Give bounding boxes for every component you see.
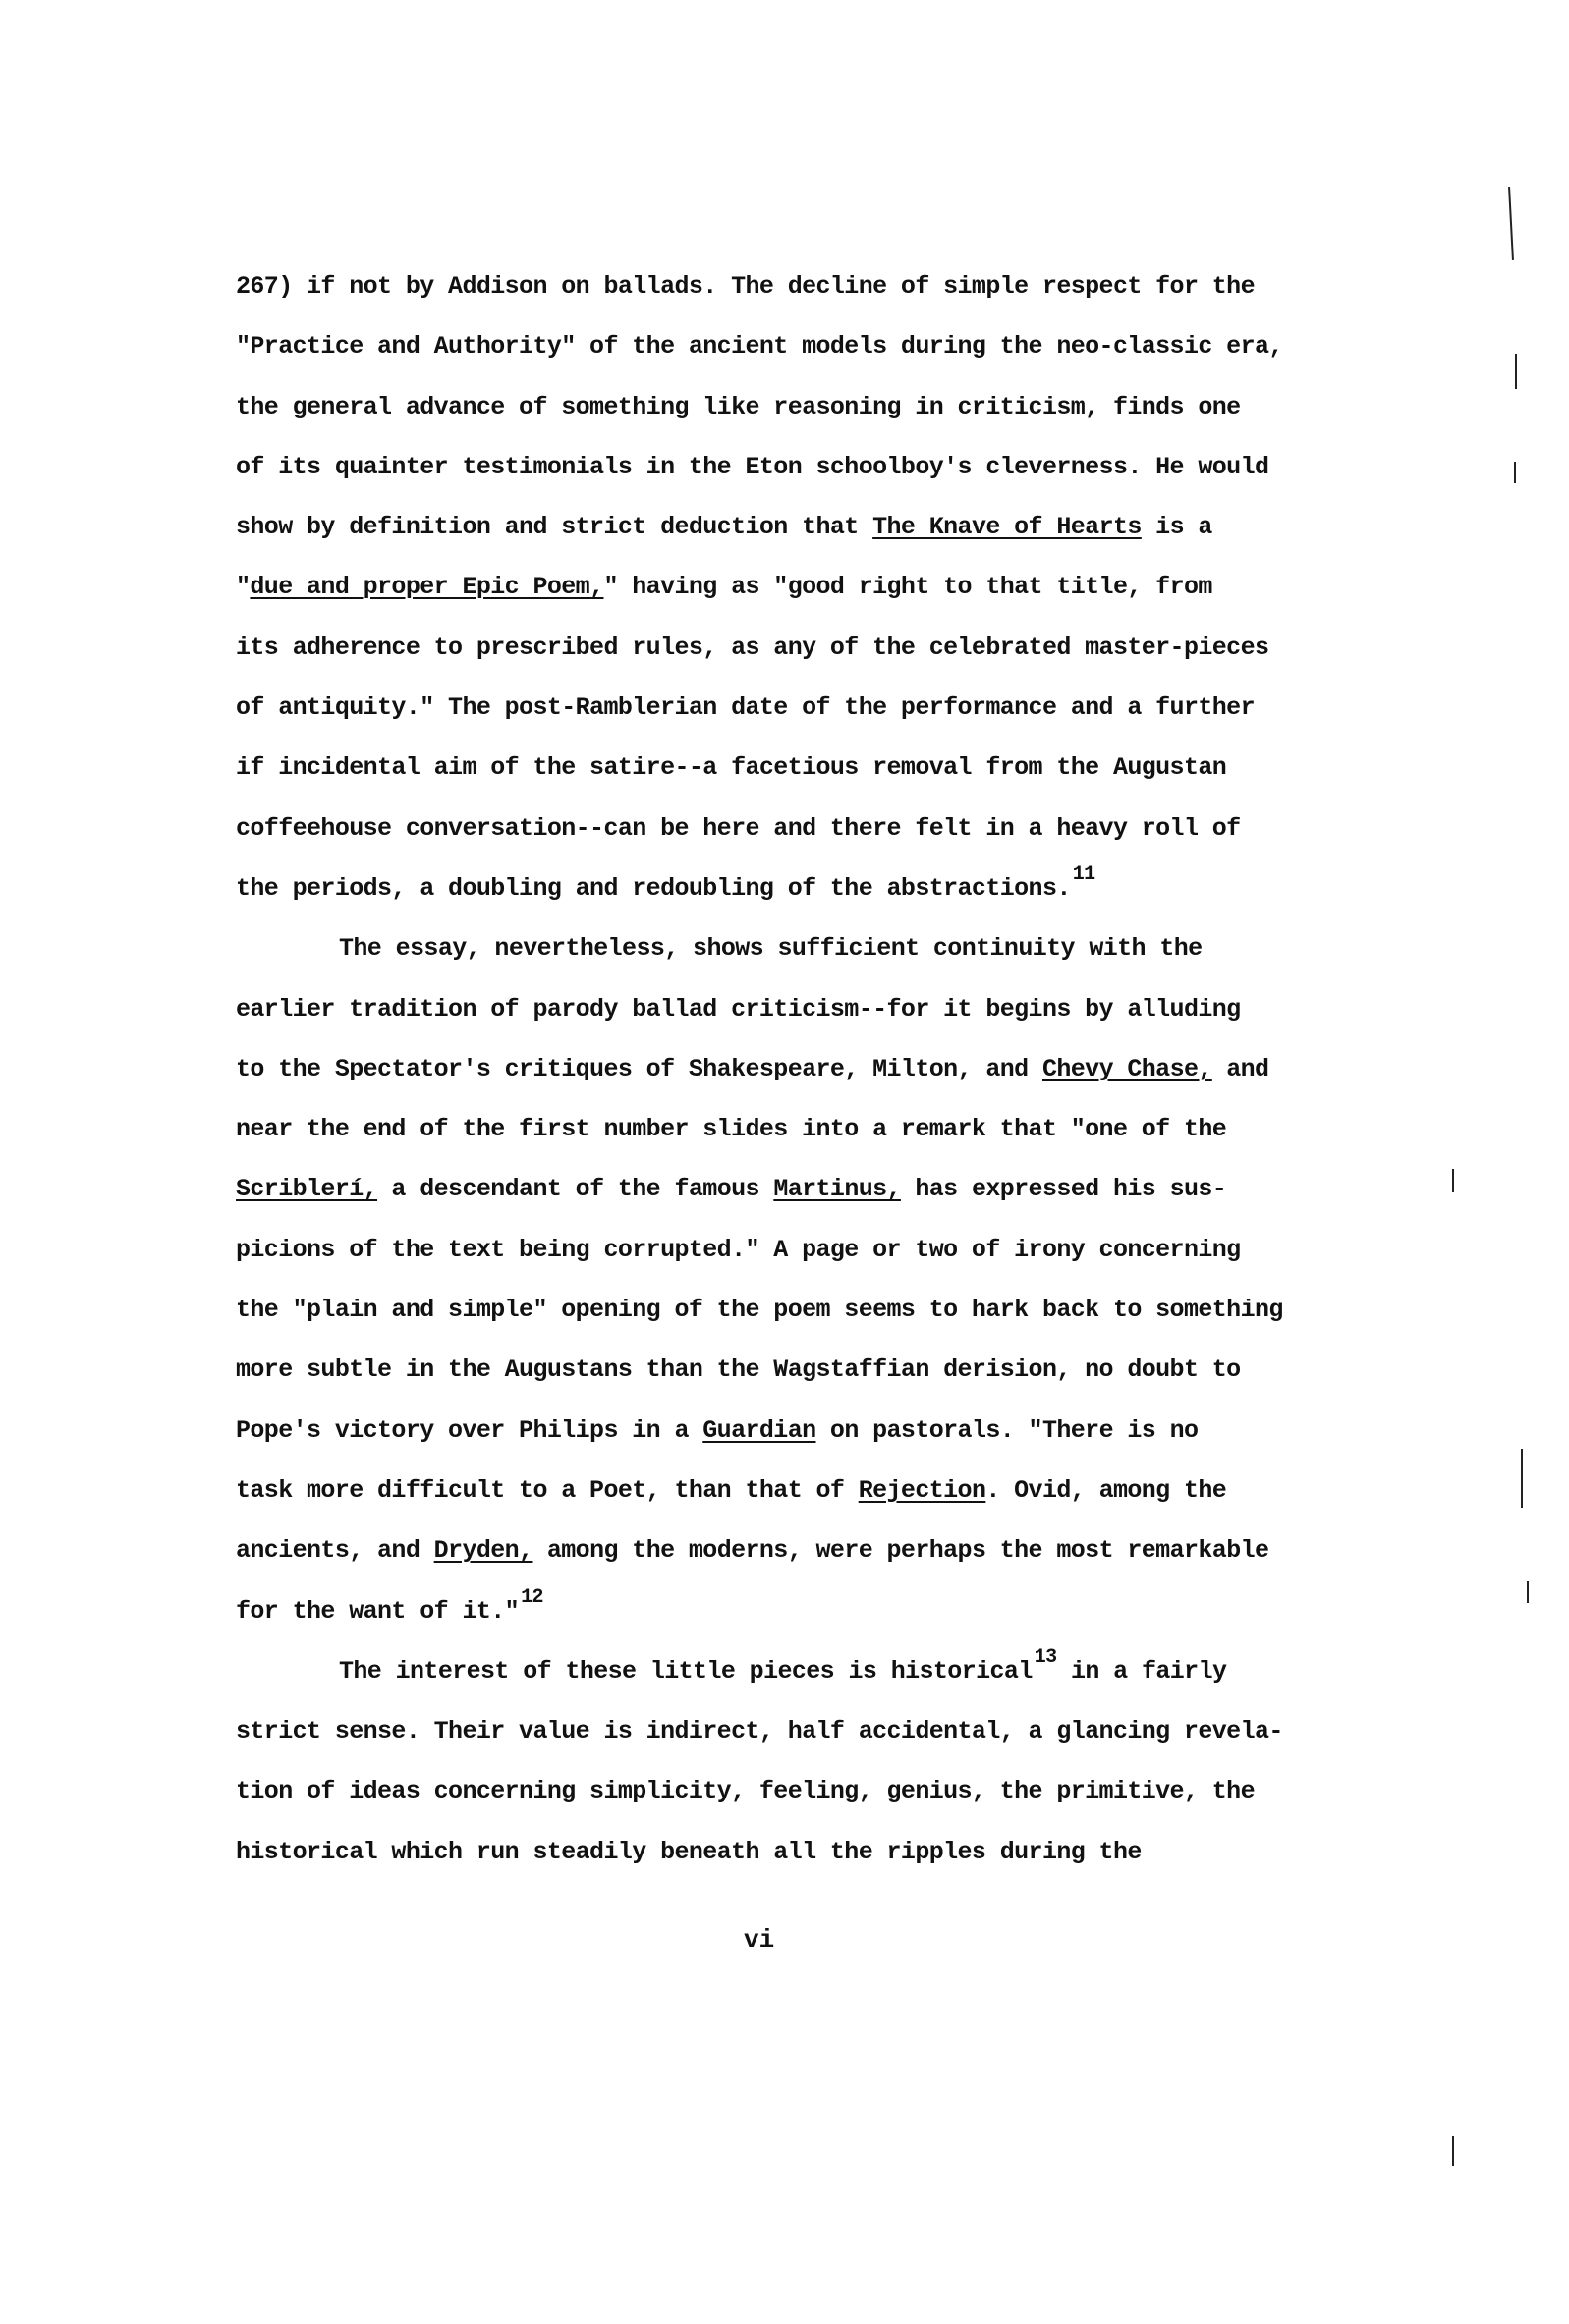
text-line: picions of the text being corrupted." A … (236, 1231, 1346, 1291)
text-segment: to the Spectator's critiques of Shakespe… (236, 1055, 1042, 1083)
text-line: "due and proper Epic Poem," having as "g… (236, 568, 1346, 628)
underlined-title: Dryden, (434, 1536, 533, 1565)
text-segment: 267) if not by Addison on ballads. The d… (236, 272, 1255, 301)
text-line: coffeehouse conversation--can be here an… (236, 809, 1346, 869)
text-segment: The essay, nevertheless, shows sufficien… (339, 934, 1203, 963)
text-segment: tion of ideas concerning simplicity, fee… (236, 1777, 1255, 1805)
text-segment: on pastorals. "There is no (816, 1416, 1199, 1445)
text-line: The interest of these little pieces is h… (236, 1652, 1346, 1712)
margin-scan-mark (1527, 1581, 1529, 1603)
margin-scan-mark (1515, 354, 1517, 389)
text-line: Scriblerí, a descendant of the famous Ma… (236, 1170, 1346, 1230)
text-segment: ancients, and (236, 1536, 434, 1565)
text-segment: The interest of these little pieces is h… (339, 1657, 1033, 1686)
text-segment: of antiquity." The post-Ramblerian date … (236, 693, 1255, 722)
text-segment: among the moderns, were perhaps the most… (532, 1536, 1268, 1565)
text-segment: near the end of the first number slides … (236, 1115, 1226, 1143)
text-line: the general advance of something like re… (236, 388, 1346, 448)
page-number: vi (744, 1925, 774, 1955)
text-line: more subtle in the Augustans than the Wa… (236, 1351, 1346, 1411)
text-line: historical which run steadily beneath al… (236, 1833, 1346, 1893)
text-line: show by definition and strict deduction … (236, 508, 1346, 568)
body-text: 267) if not by Addison on ballads. The d… (236, 267, 1346, 1893)
underlined-title: The Knave of Hearts (872, 513, 1142, 541)
underlined-title: due and proper Epic Poem, (250, 573, 603, 601)
margin-scan-mark (1508, 187, 1514, 260)
text-line: the periods, a doubling and redoubling o… (236, 869, 1346, 929)
text-segment: the periods, a doubling and redoubling o… (236, 874, 1071, 903)
text-line: tion of ideas concerning simplicity, fee… (236, 1772, 1346, 1832)
text-segment: its adherence to prescribed rules, as an… (236, 634, 1268, 662)
underlined-title: Martinus, (773, 1175, 901, 1203)
text-segment: historical which run steadily beneath al… (236, 1838, 1142, 1866)
text-segment: the general advance of something like re… (236, 393, 1241, 421)
text-segment: is a (1142, 513, 1212, 541)
text-segment: has expressed his sus- (901, 1175, 1226, 1203)
underlined-title: Scriblerí, (236, 1175, 377, 1203)
text-segment: task more difficult to a Poet, than that… (236, 1476, 859, 1505)
underlined-title: Chevy Chase, (1042, 1055, 1212, 1083)
text-line: 267) if not by Addison on ballads. The d… (236, 267, 1346, 327)
text-line: to the Spectator's critiques of Shakespe… (236, 1050, 1346, 1110)
text-segment: strict sense. Their value is indirect, h… (236, 1717, 1283, 1745)
text-segment: earlier tradition of parody ballad criti… (236, 995, 1241, 1024)
text-segment: " (236, 573, 250, 601)
margin-scan-mark (1521, 1449, 1523, 1508)
text-segment: more subtle in the Augustans than the Wa… (236, 1356, 1241, 1384)
footnote-marker: 13 (1035, 1646, 1057, 1669)
text-segment: the "plain and simple" opening of the po… (236, 1296, 1283, 1324)
text-segment: for the want of it." (236, 1597, 519, 1626)
text-line: earlier tradition of parody ballad criti… (236, 990, 1346, 1050)
text-segment: coffeehouse conversation--can be here an… (236, 814, 1241, 843)
footnote-marker: 11 (1073, 863, 1095, 886)
text-segment: Pope's victory over Philips in a (236, 1416, 702, 1445)
text-segment: of its quainter testimonials in the Eton… (236, 453, 1268, 481)
text-line: "Practice and Authority" of the ancient … (236, 327, 1346, 387)
text-segment: and (1212, 1055, 1269, 1083)
text-line: its adherence to prescribed rules, as an… (236, 629, 1346, 689)
text-segment: picions of the text being corrupted." A … (236, 1236, 1241, 1264)
text-segment: "Practice and Authority" of the ancient … (236, 332, 1283, 360)
margin-scan-mark (1452, 1169, 1454, 1192)
text-segment: a descendant of the famous (377, 1175, 773, 1203)
underlined-title: Guardian (702, 1416, 815, 1445)
text-line: near the end of the first number slides … (236, 1110, 1346, 1170)
text-segment: show by definition and strict deduction … (236, 513, 872, 541)
text-line: if incidental aim of the satire--a facet… (236, 748, 1346, 808)
text-segment: if incidental aim of the satire--a facet… (236, 753, 1226, 782)
text-line: of its quainter testimonials in the Eton… (236, 448, 1346, 508)
text-segment: " having as "good right to that title, f… (603, 573, 1211, 601)
text-segment: in a fairly (1057, 1657, 1227, 1686)
text-line: The essay, nevertheless, shows sufficien… (236, 929, 1346, 989)
text-segment: . Ovid, among the (985, 1476, 1226, 1505)
text-line: the "plain and simple" opening of the po… (236, 1291, 1346, 1351)
footnote-marker: 12 (521, 1586, 543, 1609)
text-line: task more difficult to a Poet, than that… (236, 1471, 1346, 1531)
text-line: for the want of it."12 (236, 1592, 1346, 1652)
text-line: of antiquity." The post-Ramblerian date … (236, 689, 1346, 748)
document-page: 267) if not by Addison on ballads. The d… (0, 0, 1569, 2324)
margin-scan-mark (1452, 2136, 1454, 2166)
text-line: ancients, and Dryden, among the moderns,… (236, 1531, 1346, 1591)
underlined-title: Rejection (859, 1476, 986, 1505)
margin-scan-mark (1514, 462, 1516, 483)
text-line: Pope's victory over Philips in a Guardia… (236, 1411, 1346, 1471)
text-line: strict sense. Their value is indirect, h… (236, 1712, 1346, 1772)
